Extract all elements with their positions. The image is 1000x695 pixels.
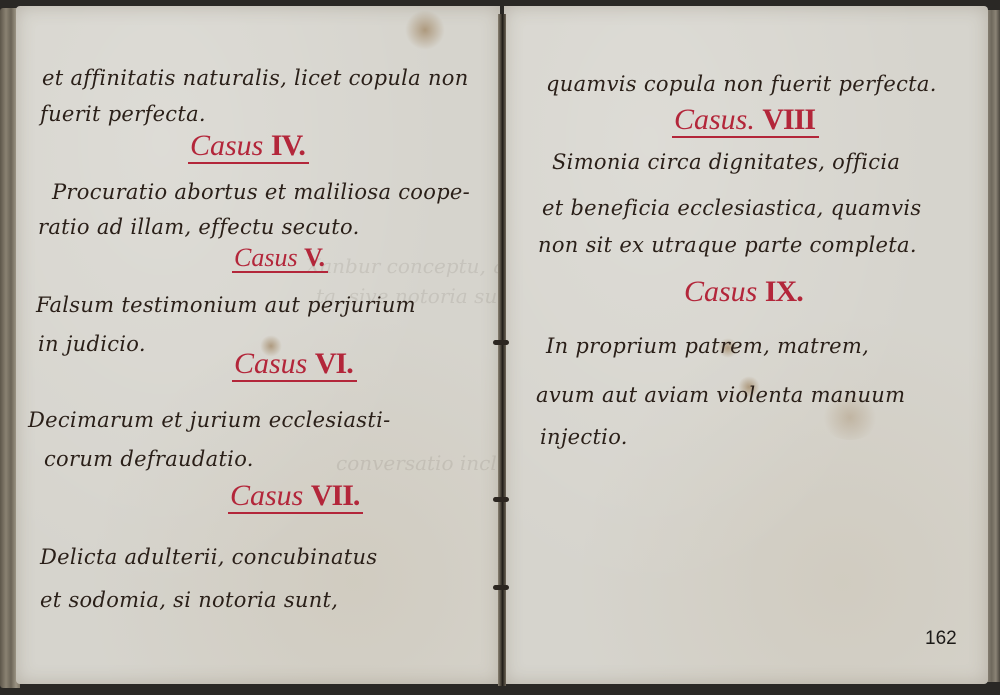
right-page-edges	[986, 10, 1000, 682]
binding-stitch	[493, 585, 509, 590]
heading-numeral: V.	[304, 243, 324, 272]
text-line: fuerit perfecta.	[40, 102, 206, 126]
binding-stitch	[493, 340, 509, 345]
heading-numeral: VIII	[762, 103, 815, 136]
text-line: Decimarum et jurium ecclesiasti-	[28, 408, 391, 432]
casus-vi-heading: Casus VI.	[232, 348, 357, 382]
heading-numeral: IX.	[765, 275, 803, 308]
text-line: et beneficia ecclesiastica, quamvis	[542, 196, 921, 220]
heading-label: Casus.	[674, 103, 755, 136]
casus-vii-heading: Casus VII.	[228, 480, 363, 514]
casus-viii-heading: Casus. VIII	[672, 104, 819, 138]
heading-numeral: VI.	[315, 347, 353, 380]
heading-label: Casus	[684, 275, 757, 308]
text-line: avum aut aviam violenta manuum	[536, 383, 905, 407]
foxing-stain	[405, 10, 445, 50]
text-line: corum defraudatio.	[44, 447, 254, 471]
heading-label: Casus	[190, 129, 263, 162]
open-manuscript-book: Xanbur conceptu, quam ta, sive notoria s…	[0, 0, 1000, 695]
heading-label: Casus	[234, 347, 307, 380]
heading-numeral: IV.	[271, 129, 305, 162]
text-line: Falsum testimonium aut perjurium	[36, 293, 416, 317]
text-line: in judicio.	[38, 332, 146, 356]
text-line: injectio.	[540, 425, 628, 449]
page-number: 162	[925, 628, 957, 650]
text-line: Simonia circa dignitates, officia	[552, 150, 900, 174]
text-line: Delicta adulterii, concubinatus	[40, 545, 377, 569]
text-line: In proprium patrem, matrem,	[546, 334, 869, 358]
heading-numeral: VII.	[311, 479, 360, 512]
text-line: ratio ad illam, effectu secuto.	[38, 215, 360, 239]
casus-ix-heading: Casus IX.	[682, 276, 807, 308]
casus-iv-heading: Casus IV.	[188, 130, 309, 164]
heading-label: Casus	[230, 479, 303, 512]
text-line: et sodomia, si notoria sunt,	[40, 588, 338, 612]
text-line: et affinitatis naturalis, licet copula n…	[42, 66, 469, 90]
binding-stitch	[493, 497, 509, 502]
casus-v-heading: Casus V.	[232, 244, 328, 273]
heading-label: Casus	[234, 243, 298, 272]
text-line: quamvis copula non fuerit perfecta.	[546, 72, 937, 96]
text-line: non sit ex utraque parte completa.	[538, 233, 917, 257]
text-line: Procuratio abortus et maliliosa coope-	[52, 180, 470, 204]
